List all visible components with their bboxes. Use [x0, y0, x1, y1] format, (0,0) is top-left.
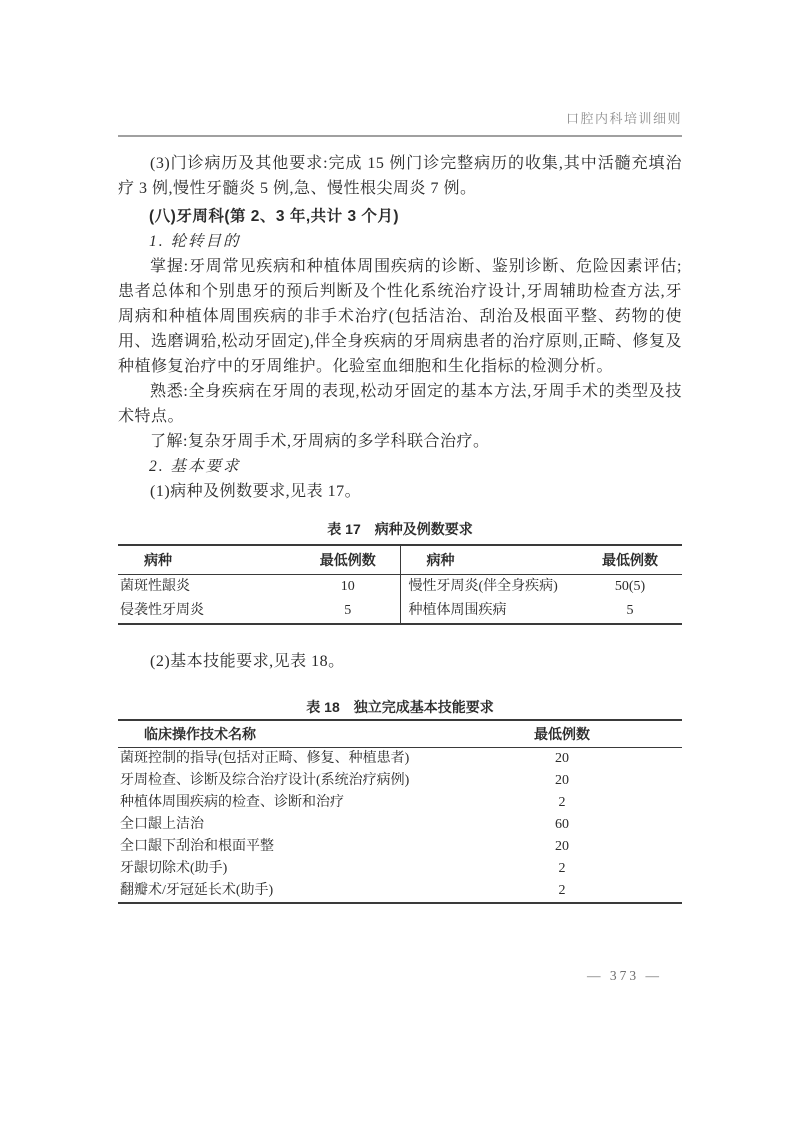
table18-basic-skills: 临床操作技术名称 最低例数 菌斑控制的指导(包括对正畸、修复、种植患者) 20 …	[118, 719, 682, 904]
table-row: 侵袭性牙周炎 5 种植体周围疾病 5	[118, 599, 682, 624]
cell-min-cases: 20	[442, 836, 682, 858]
table-row: 全口龈下刮治和根面平整 20	[118, 836, 682, 858]
cell-min-cases: 5	[578, 599, 682, 624]
table17-title: 表 17 病种及例数要求	[118, 520, 682, 538]
col-header-min-cases-right: 最低例数	[578, 545, 682, 575]
cell-disease: 菌斑性龈炎	[118, 575, 296, 600]
cell-technique: 种植体周围疾病的检查、诊断和治疗	[118, 792, 442, 814]
running-header-text: 口腔内科培训细则	[566, 111, 682, 126]
table-row: 全口龈上洁治 60	[118, 814, 682, 836]
cell-min-cases: 2	[442, 880, 682, 903]
table-row: 菌斑性龈炎 10 慢性牙周炎(伴全身疾病) 50(5)	[118, 575, 682, 600]
cell-disease: 慢性牙周炎(伴全身疾病)	[400, 575, 578, 600]
table-row: 种植体周围疾病的检查、诊断和治疗 2	[118, 792, 682, 814]
table-row: 菌斑控制的指导(包括对正畸、修复、种植患者) 20	[118, 748, 682, 771]
page-number: — 373 —	[587, 968, 662, 984]
table17-disease-cases: 病种 最低例数 病种 最低例数 菌斑性龈炎 10 慢性牙周炎(伴全身疾病) 50…	[118, 544, 682, 625]
cell-disease: 侵袭性牙周炎	[118, 599, 296, 624]
table18-header-row: 临床操作技术名称 最低例数	[118, 720, 682, 748]
cell-technique: 全口龈下刮治和根面平整	[118, 836, 442, 858]
paragraph-understand: 了解:复杂牙周手术,牙周病的多学科联合治疗。	[118, 429, 682, 454]
cell-technique: 全口龈上洁治	[118, 814, 442, 836]
col-header-disease-right: 病种	[400, 545, 578, 575]
subheading-rotation-purpose: 1. 轮转目的	[118, 229, 682, 254]
table-row: 牙周检查、诊断及综合治疗设计(系统治疗病例) 20	[118, 770, 682, 792]
cell-min-cases: 20	[442, 748, 682, 771]
table-row: 牙龈切除术(助手) 2	[118, 858, 682, 880]
cell-technique: 翻瓣术/牙冠延长术(助手)	[118, 880, 442, 903]
cell-min-cases: 2	[442, 858, 682, 880]
paragraph-familiar: 熟悉:全身疾病在牙周的表现,松动牙固定的基本方法,牙周手术的类型及技术特点。	[118, 379, 682, 429]
cell-min-cases: 60	[442, 814, 682, 836]
col-header-technique-name: 临床操作技术名称	[118, 720, 442, 748]
cell-min-cases: 10	[296, 575, 400, 600]
section-heading-periodontics: (八)牙周科(第 2、3 年,共计 3 个月)	[118, 204, 682, 229]
paragraph-skill-requirements: (2)基本技能要求,见表 18。	[118, 649, 682, 674]
col-header-min-cases: 最低例数	[442, 720, 682, 748]
subheading-basic-requirements: 2. 基本要求	[118, 454, 682, 479]
cell-min-cases: 20	[442, 770, 682, 792]
cell-technique: 牙周检查、诊断及综合治疗设计(系统治疗病例)	[118, 770, 442, 792]
paragraph-outpatient-records: (3)门诊病历及其他要求:完成 15 例门诊完整病历的收集,其中活髓充填治疗 3…	[118, 151, 682, 201]
cell-min-cases: 50(5)	[578, 575, 682, 600]
page-content: 口腔内科培训细则 (3)门诊病历及其他要求:完成 15 例门诊完整病历的收集,其…	[118, 0, 682, 904]
header-rule	[118, 135, 682, 137]
col-header-min-cases-left: 最低例数	[296, 545, 400, 575]
table18-title: 表 18 独立完成基本技能要求	[118, 698, 682, 716]
cell-disease: 种植体周围疾病	[400, 599, 578, 624]
table-row: 翻瓣术/牙冠延长术(助手) 2	[118, 880, 682, 903]
cell-technique: 牙龈切除术(助手)	[118, 858, 442, 880]
cell-min-cases: 5	[296, 599, 400, 624]
table17-header-row: 病种 最低例数 病种 最低例数	[118, 545, 682, 575]
paragraph-case-requirements: (1)病种及例数要求,见表 17。	[118, 479, 682, 504]
col-header-disease-left: 病种	[118, 545, 296, 575]
paragraph-master: 掌握:牙周常见疾病和种植体周围疾病的诊断、鉴别诊断、危险因素评估;患者总体和个别…	[118, 254, 682, 379]
running-header: 口腔内科培训细则	[118, 110, 682, 128]
cell-technique: 菌斑控制的指导(包括对正畸、修复、种植患者)	[118, 748, 442, 771]
document-page: 口腔内科培训细则 (3)门诊病历及其他要求:完成 15 例门诊完整病历的收集,其…	[0, 0, 800, 1131]
cell-min-cases: 2	[442, 792, 682, 814]
